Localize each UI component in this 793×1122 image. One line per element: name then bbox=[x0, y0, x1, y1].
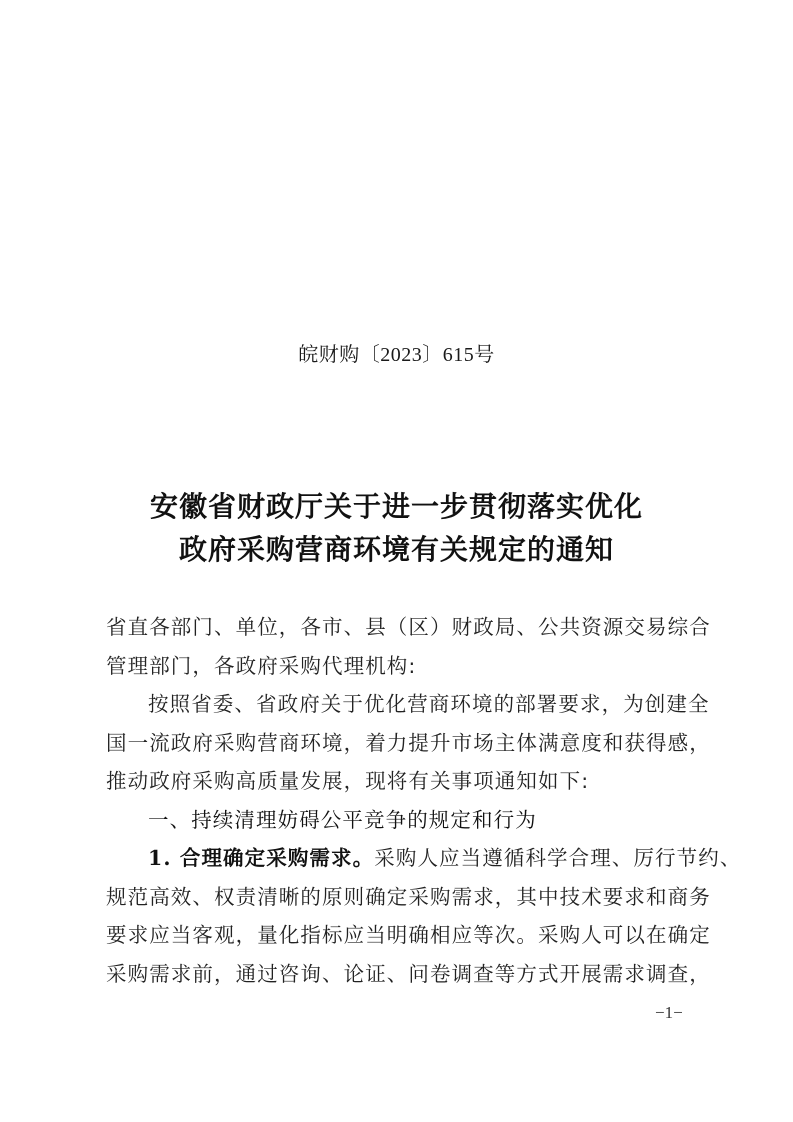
item-1-lead: 1. 合理确定采购需求。 bbox=[148, 846, 374, 870]
document-body: 省直各部门、单位，各市、县（区）财政局、公共资源交易综合 管理部门，各政府采购代… bbox=[106, 608, 694, 993]
intro-line-2: 国一流政府采购营商环境，着力提升市场主体满意度和获得感， bbox=[106, 724, 694, 763]
salutation-line-2: 管理部门，各政府采购代理机构: bbox=[106, 647, 694, 686]
intro-line-3: 推动政府采购高质量发展，现将有关事项通知如下: bbox=[106, 762, 694, 801]
page-number: −1− bbox=[655, 1003, 683, 1023]
document-title: 安徽省财政厅关于进一步贯彻落实优化 政府采购营商环境有关规定的通知 bbox=[0, 485, 793, 571]
item-1-line-1-text: 采购人应当遵循科学合理、厉行节约、 bbox=[374, 846, 741, 870]
document-number: 皖财购〔2023〕615号 bbox=[0, 338, 793, 367]
salutation-line-1: 省直各部门、单位，各市、县（区）财政局、公共资源交易综合 bbox=[106, 608, 694, 647]
item-1-line-4: 采购需求前，通过咨询、论证、问卷调查等方式开展需求调查， bbox=[106, 955, 694, 994]
title-line-2: 政府采购营商环境有关规定的通知 bbox=[0, 528, 793, 571]
item-1-line-3: 要求应当客观，量化指标应当明确相应等次。采购人可以在确定 bbox=[106, 916, 694, 955]
section-heading: 一、持续清理妨碍公平竞争的规定和行为 bbox=[106, 801, 694, 840]
item-1-line-2: 规范高效、权责清晰的原则确定采购需求，其中技术要求和商务 bbox=[106, 878, 694, 917]
title-line-1: 安徽省财政厅关于进一步贯彻落实优化 bbox=[0, 485, 793, 528]
item-1-line-1: 1. 合理确定采购需求。采购人应当遵循科学合理、厉行节约、 bbox=[106, 839, 694, 878]
intro-line-1: 按照省委、省政府关于优化营商环境的部署要求，为创建全 bbox=[106, 685, 694, 724]
